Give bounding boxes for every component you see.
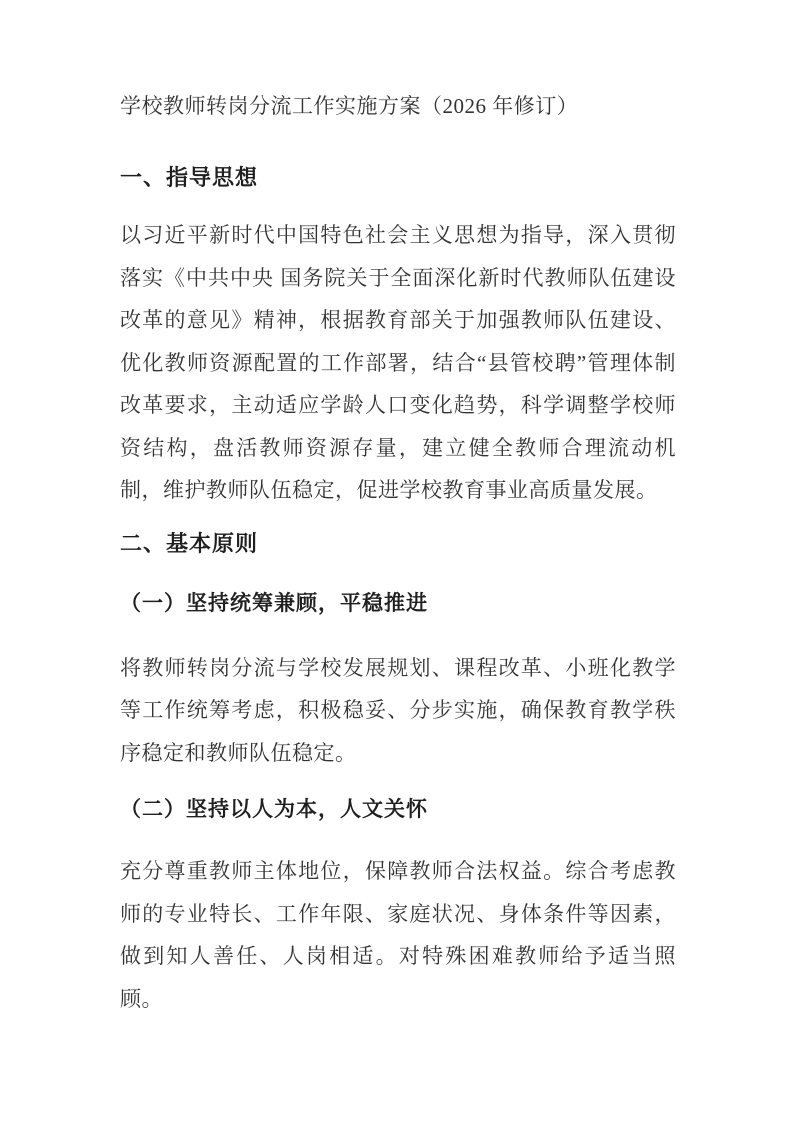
subsection-heading-people-oriented: （二）坚持以人为本，人文关怀 bbox=[120, 795, 676, 825]
section-heading-basic-principles: 二、基本原则 bbox=[120, 530, 676, 558]
document-page: 学校教师转岗分流工作实施方案（2026 年修订） 一、指导思想 以习近平新时代中… bbox=[0, 0, 793, 1122]
section-heading-guiding-ideology: 一、指导思想 bbox=[120, 164, 676, 192]
section-paragraph-guiding-ideology: 以习近平新时代中国特色社会主义思想为指导，深入贯彻落实《中共中央 国务院关于全面… bbox=[120, 214, 676, 512]
subsection-paragraph-overall-planning: 将教师转岗分流与学校发展规划、课程改革、小班化教学等工作统筹考虑，积极稳妥、分步… bbox=[120, 647, 676, 775]
document-title: 学校教师转岗分流工作实施方案（2026 年修订） bbox=[120, 92, 676, 120]
document-content: 学校教师转岗分流工作实施方案（2026 年修订） 一、指导思想 以习近平新时代中… bbox=[0, 0, 793, 1020]
subsection-heading-overall-planning: （一）坚持统筹兼顾，平稳推进 bbox=[120, 589, 676, 619]
subsection-paragraph-people-oriented: 充分尊重教师主体地位，保障教师合法权益。综合考虑教师的专业特长、工作年限、家庭状… bbox=[120, 850, 676, 1020]
